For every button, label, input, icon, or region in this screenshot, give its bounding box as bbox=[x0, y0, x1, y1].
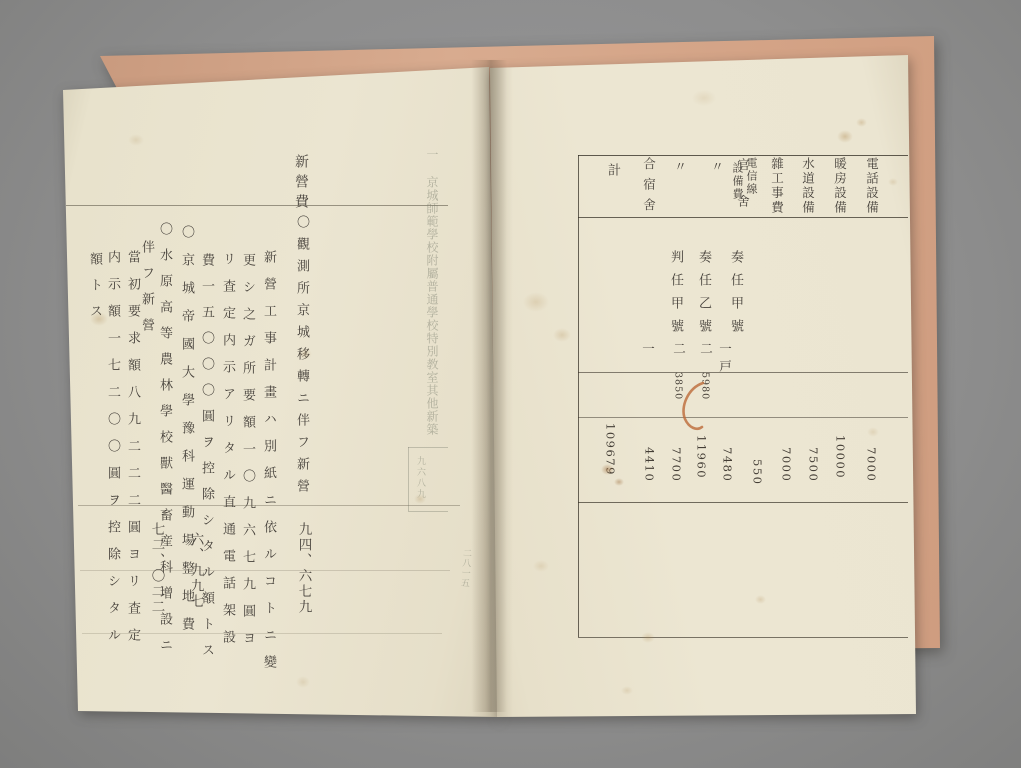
text-column-2: 新營工事計畫ハ別紙ニ依ルコトニ變 bbox=[262, 250, 275, 682]
table-col-header-ditto-1: 〃 bbox=[710, 160, 723, 173]
stain-spot bbox=[856, 118, 867, 127]
stain-spot bbox=[692, 90, 716, 106]
stain-spot bbox=[523, 292, 549, 312]
table-rule-amount bbox=[578, 502, 908, 503]
table-amount-water: 7500 bbox=[807, 447, 819, 482]
ledger-rule bbox=[80, 570, 450, 571]
text-column-1: 〇觀測所京城移轉ニ伴フ新營 bbox=[295, 215, 308, 501]
stain-spot bbox=[621, 686, 633, 695]
stain-spot bbox=[867, 427, 879, 437]
table-count-sonin-a: 一戸 bbox=[718, 342, 731, 377]
stain-spot bbox=[533, 560, 549, 572]
stain-spot bbox=[296, 676, 310, 688]
right-page: 電話設備 暖房設備 水道設備 雜工事費 電信線 設備費 官舍 〃 〃 合宿舍 計… bbox=[487, 50, 917, 718]
table-subheader-hannin-a: 判任甲號 bbox=[669, 250, 682, 342]
table-rule-unit bbox=[578, 417, 908, 418]
table-amount-sonin-a: 7480 bbox=[721, 447, 733, 482]
stain-spot bbox=[755, 595, 766, 604]
showthrough-rule bbox=[408, 447, 409, 511]
table-count-sonin-b: 二 bbox=[699, 342, 712, 355]
showthrough-rule bbox=[408, 447, 448, 448]
stain-spot bbox=[614, 478, 624, 486]
amount-observatory: 九四、六七九 bbox=[296, 522, 310, 615]
table-rule-count bbox=[578, 372, 908, 373]
header-rule bbox=[66, 205, 448, 206]
table-col-header-water: 水道設備 bbox=[801, 157, 814, 215]
table-col-header-telephone: 電話設備 bbox=[865, 157, 878, 215]
table-col-header-ditto-2: 〃 bbox=[673, 160, 686, 173]
text-column-11: 額トス bbox=[88, 252, 101, 330]
stain-spot bbox=[553, 328, 571, 342]
table-amount-heating: 10000 bbox=[834, 435, 846, 479]
text-column-9: 當初要求額八九二二二圓ヨリ査定 bbox=[126, 250, 139, 655]
showthrough-number: 九六八九 bbox=[415, 456, 424, 500]
stain-spot bbox=[128, 134, 144, 146]
table-col-header-total: 計 bbox=[606, 163, 619, 176]
ledger-rule bbox=[78, 505, 460, 506]
table-amount-sonin-b: 11960 bbox=[695, 435, 707, 479]
pencil-check-mark bbox=[672, 375, 717, 435]
table-subheader-sonin-a: 奏任甲號 bbox=[729, 250, 742, 342]
table-count-hannin-a: 二 bbox=[672, 342, 685, 355]
table-col-header-official-residence: 官舍 bbox=[736, 158, 749, 231]
table-amount-dormitory: 4410 bbox=[643, 447, 655, 482]
left-page: 新營費 〇觀測所京城移轉ニ伴フ新營 新營工事計畫ハ別紙ニ依ルコトニ變 更シ之ガ所… bbox=[58, 64, 498, 718]
table-col-header-misc-works: 雜工事費 bbox=[770, 157, 783, 215]
text-column-8: 伴フ新營 bbox=[140, 240, 153, 344]
table-border-left bbox=[578, 155, 579, 637]
table-amount-total: 109679 bbox=[604, 423, 616, 476]
text-column-4: リ査定内示アリタル直通電話架設 bbox=[221, 252, 234, 657]
table-subheader-sonin-b: 奏任乙號 bbox=[697, 250, 710, 342]
table-col-header-heating: 暖房設備 bbox=[833, 157, 846, 215]
table-amount-hannin-a: 7700 bbox=[670, 447, 682, 482]
text-column-3: 更シ之ガ所要額一〇九六七九圓ヨ bbox=[241, 253, 254, 658]
table-rule-top bbox=[578, 155, 908, 156]
stain-spot bbox=[837, 130, 853, 143]
showthrough-text: 一 京城師範學校附屬普通學校特別教室其他新築 bbox=[426, 148, 438, 436]
amount-suigen-school: 七二、〇二二 bbox=[149, 522, 163, 615]
table-col-header-dormitory: 合宿舍 bbox=[642, 157, 655, 219]
showthrough-number-2: 二八一五 bbox=[459, 548, 471, 589]
showthrough-rule bbox=[408, 511, 448, 512]
table-amount-misc-works: 7000 bbox=[780, 447, 792, 482]
stain-spot bbox=[888, 178, 898, 186]
ledger-rule bbox=[82, 633, 442, 634]
table-rule-bottom bbox=[578, 637, 908, 638]
table-amount-telephone: 7000 bbox=[865, 447, 877, 482]
text-column-10: 内示額一七二〇〇圓ヲ控除シタル bbox=[106, 250, 119, 655]
table-count-dormitory: 一 bbox=[641, 342, 654, 355]
table-amount-telegraph: 550 bbox=[751, 459, 763, 485]
